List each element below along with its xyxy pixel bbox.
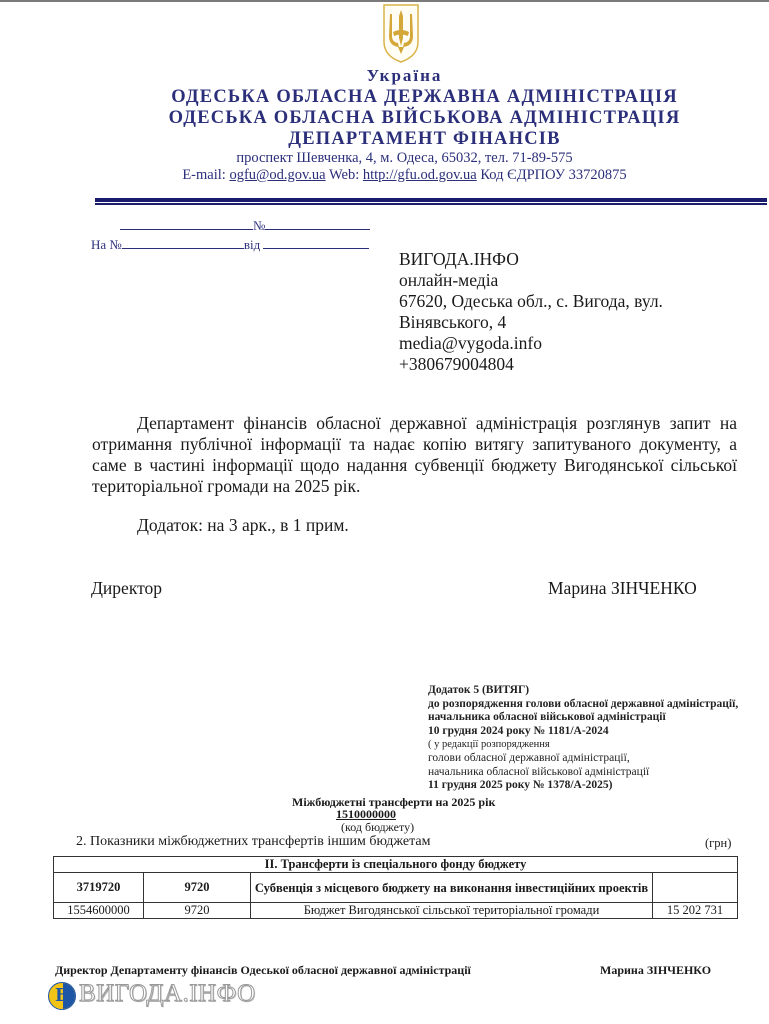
body-paragraph: Департамент фінансів обласної державної … bbox=[92, 413, 737, 497]
recipient-email: media@vygoda.info bbox=[399, 333, 663, 354]
footer-signatory-name: Марина ЗІНЧЕНКО bbox=[600, 963, 711, 978]
from-label: від bbox=[244, 237, 260, 252]
outgoing-number-blank bbox=[265, 217, 370, 230]
reply-number-blank bbox=[122, 236, 244, 249]
letterhead-divider-thick bbox=[95, 198, 767, 202]
row-kbk: 9720 bbox=[144, 903, 251, 919]
row-code: 1554600000 bbox=[54, 903, 144, 919]
recipient-phone: +380679004804 bbox=[399, 354, 663, 375]
annex-line: начальника обласної військової адміністр… bbox=[428, 766, 738, 780]
group-code: 3719720 bbox=[54, 873, 144, 903]
web-label: Web: bbox=[329, 167, 359, 183]
signatory-title: Директор bbox=[91, 578, 162, 599]
transfers-table: II. Трансферти із спеціального фонду бюд… bbox=[53, 856, 738, 919]
budget-code-label: (код бюджету) bbox=[341, 820, 414, 835]
letterhead-org-line-1: ОДЕСЬКА ОБЛАСНА ДЕРЖАВНА АДМІНІСТРАЦІЯ bbox=[40, 87, 769, 108]
annex-line: до розпорядження голови обласної державн… bbox=[428, 698, 738, 712]
recipient-address-1: 67620, Одеська обл., с. Вигода, вул. bbox=[399, 291, 663, 312]
recipient-block: ВИГОДА.ІНФО онлайн-медіа 67620, Одеська … bbox=[399, 249, 663, 375]
table-section-header-row: II. Трансферти із спеціального фонду бюд… bbox=[54, 857, 738, 873]
group-kbk: 9720 bbox=[144, 873, 251, 903]
letterhead-org-line-3: ДЕПАРТАМЕНТ ФІНАНСІВ bbox=[40, 129, 769, 150]
annex-header: Додаток 5 (ВИТЯГ) до розпорядження голов… bbox=[428, 684, 738, 793]
letterhead-country: Україна bbox=[20, 66, 769, 86]
reply-to-line: На №від bbox=[91, 236, 369, 253]
annex-title: Додаток 5 (ВИТЯГ) bbox=[428, 684, 738, 698]
reply-label: На № bbox=[91, 237, 122, 252]
outgoing-date-blank bbox=[120, 217, 253, 230]
currency-unit: (грн) bbox=[705, 836, 731, 851]
outgoing-number-line: № bbox=[120, 217, 370, 234]
group-name: Субвенція з місцевого бюджету на виконан… bbox=[251, 873, 653, 903]
recipient-address-2: Вінявського, 4 bbox=[399, 312, 663, 333]
email-label: E-mail: bbox=[182, 167, 226, 183]
web-link[interactable]: http://gfu.od.gov.ua bbox=[363, 167, 477, 183]
edrpou-code: Код ЄДРПОУ 33720875 bbox=[480, 167, 626, 183]
reply-date-blank bbox=[263, 236, 369, 249]
row-amount: 15 202 731 bbox=[653, 903, 738, 919]
group-amount bbox=[653, 873, 738, 903]
letterhead-org-line-2: ОДЕСЬКА ОБЛАСНА ВІЙСЬКОВА АДМІНІСТРАЦІЯ bbox=[40, 108, 769, 129]
letterhead-divider-thin bbox=[95, 203, 767, 205]
footer-signatory-title: Директор Департаменту фінансів Одеської … bbox=[55, 963, 471, 978]
annex-line: голови обласної державної адміністрації, bbox=[428, 752, 738, 766]
letterhead-contacts: E-mail: ogfu@od.gov.ua Web: http://gfu.o… bbox=[20, 167, 769, 184]
recipient-name: ВИГОДА.ІНФО bbox=[399, 249, 663, 270]
recipient-type: онлайн-медіа bbox=[399, 270, 663, 291]
table-section-header: II. Трансферти із спеціального фонду бюд… bbox=[54, 857, 738, 873]
vygoda-logo-icon: В bbox=[48, 982, 76, 1010]
number-sign: № bbox=[253, 218, 265, 233]
letter-body: Департамент фінансів обласної державної … bbox=[92, 413, 737, 497]
row-name: Бюджет Вигодянської сільської територіал… bbox=[251, 903, 653, 919]
annex-line: 10 грудня 2024 року № 1181/А-2024 bbox=[428, 725, 738, 739]
section-title: 2. Показники міжбюджетних трансфертів ін… bbox=[76, 834, 430, 850]
watermark-text: ВИГОДА.ІНФО bbox=[79, 980, 256, 1008]
email-link[interactable]: ogfu@od.gov.ua bbox=[229, 167, 325, 183]
annex-line: 11 грудня 2025 року № 1378/А-2025) bbox=[428, 779, 738, 793]
annex-line: ( у редакції розпорядження bbox=[428, 738, 738, 752]
attachment-note: Додаток: на 3 арк., в 1 прим. bbox=[137, 515, 349, 536]
table-row: 1554600000 9720 Бюджет Вигодянської сіль… bbox=[54, 903, 738, 919]
signatory-name: Марина ЗІНЧЕНКО bbox=[548, 578, 697, 599]
trident-emblem-icon bbox=[381, 2, 421, 64]
annex-line: начальника обласної військової адміністр… bbox=[428, 711, 738, 725]
letterhead-address: проспект Шевченка, 4, м. Одеса, 65032, т… bbox=[20, 150, 769, 167]
table-group-row: 3719720 9720 Субвенція з місцевого бюдже… bbox=[54, 873, 738, 903]
